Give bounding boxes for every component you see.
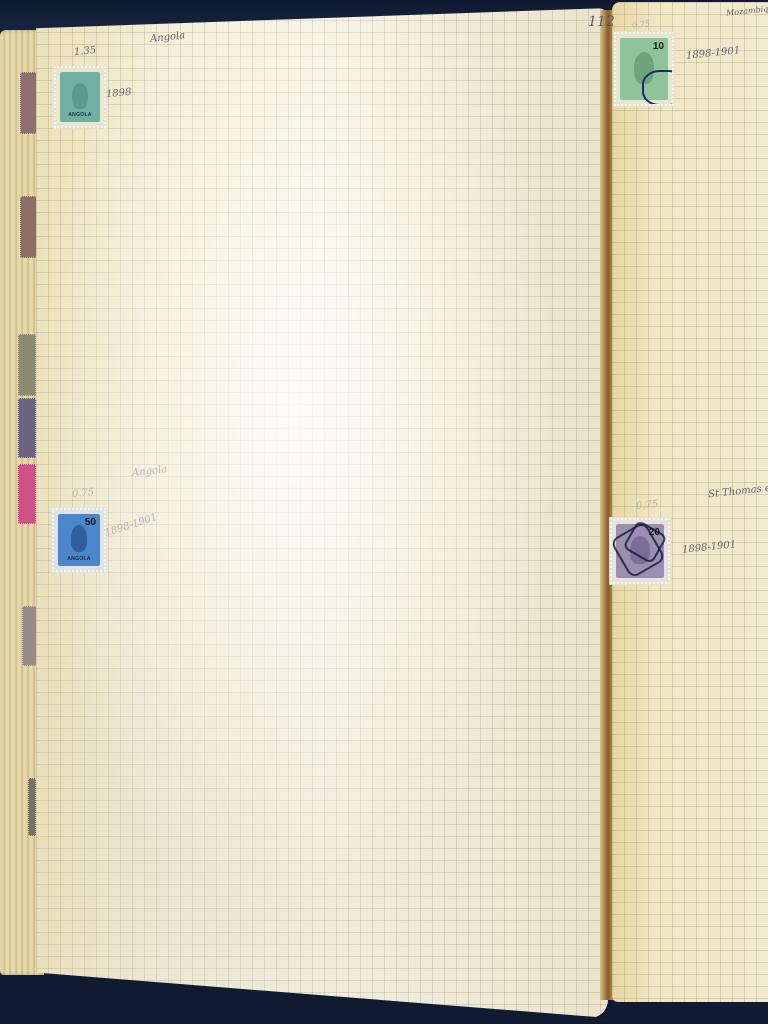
catalog-note: 0.75 <box>632 19 651 30</box>
stamp-mozambique-green-10[interactable]: 10 <box>614 32 674 106</box>
edge-stamp <box>20 196 38 258</box>
catalog-note: 0.75 <box>635 499 658 512</box>
edge-stamp <box>28 778 36 836</box>
stamp-angola-green[interactable]: ANGOLA <box>54 66 106 128</box>
edge-stamp <box>18 398 36 458</box>
left-album-page <box>36 8 608 1018</box>
edge-stamp <box>18 464 36 524</box>
page-number: 112 <box>588 14 615 30</box>
catalog-note: 0.75 <box>71 487 94 500</box>
edge-stamp <box>20 72 38 134</box>
stamp-angola-blue-50[interactable]: 50 ANGOLA <box>52 508 106 572</box>
postmark <box>642 70 674 106</box>
stamp-st-thomas-lilac-20[interactable]: 20 <box>610 518 670 584</box>
catalog-note: 1.35 <box>73 45 96 58</box>
edge-stamp <box>18 334 36 396</box>
